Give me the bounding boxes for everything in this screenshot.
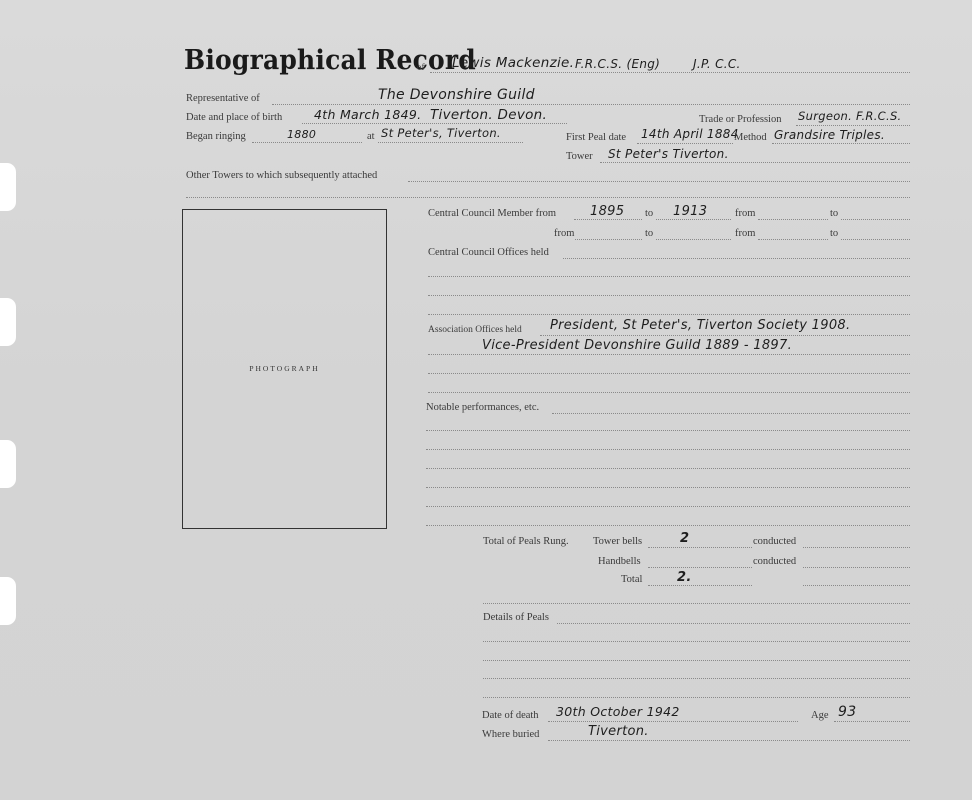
date-of-death-label: Date of death <box>482 711 539 722</box>
biographical-record-page: Biographical Record of Lewis Mackenzie. … <box>0 0 972 800</box>
notable-line-6[interactable] <box>426 506 910 507</box>
tower-label: Tower <box>566 152 593 163</box>
method-value[interactable]: Grandsire Triples. <box>774 129 885 141</box>
photograph-label: PHOTOGRAPH <box>183 364 386 373</box>
total-label: Total <box>621 575 642 586</box>
cc-offices-line-2[interactable] <box>428 276 910 277</box>
conducted-label: conducted <box>753 557 796 568</box>
where-buried-line <box>548 740 910 741</box>
association-office-2[interactable]: Vice-President Devonshire Guild 1889 - 1… <box>482 339 792 352</box>
qualifications-value[interactable]: F.R.C.S. (Eng) <box>575 58 660 70</box>
from-label: from <box>554 229 574 240</box>
notable-line-7[interactable] <box>426 525 910 526</box>
of-label: of <box>417 63 425 72</box>
cc-to-4-line[interactable] <box>841 239 910 240</box>
birth-date-value[interactable]: 4th March 1849. <box>314 109 421 122</box>
age-label: Age <box>811 711 829 722</box>
name-value[interactable]: Lewis Mackenzie. <box>452 57 574 71</box>
began-ringing-year[interactable]: 1880 <box>287 129 316 140</box>
total-line <box>648 585 752 586</box>
details-line-5[interactable] <box>483 697 910 698</box>
from-label: from <box>735 229 755 240</box>
tower-line <box>600 162 910 163</box>
from-label: from <box>735 209 755 220</box>
representative-of-label: Representative of <box>186 94 260 105</box>
association-offices-line-2 <box>428 354 910 355</box>
representative-of-value[interactable]: The Devonshire Guild <box>378 88 535 102</box>
cc-member-label: Central Council Member from <box>428 209 556 220</box>
first-peal-label: First Peal date <box>566 133 626 144</box>
birth-line <box>302 123 567 124</box>
cc-from-4-line[interactable] <box>758 239 828 240</box>
date-of-death-value[interactable]: 30th October 1942 <box>556 706 680 719</box>
name-field-line <box>430 72 910 73</box>
photograph-box: PHOTOGRAPH <box>182 209 387 529</box>
cc-offices-line-4[interactable] <box>428 314 910 315</box>
cc-offices-label: Central Council Offices held <box>428 248 549 259</box>
trade-value[interactable]: Surgeon. F.R.C.S. <box>798 111 902 123</box>
trade-label: Trade or Profession <box>699 115 781 126</box>
at-label: at <box>367 132 375 143</box>
tower-bells-value[interactable]: 2 <box>680 532 689 545</box>
other-towers-line[interactable] <box>408 181 910 182</box>
notable-performances-label: Notable performances, etc. <box>426 403 539 414</box>
birth-label: Date and place of birth <box>186 113 282 124</box>
cc-from-2-line[interactable] <box>758 219 828 220</box>
cc-to-1-line <box>656 219 731 220</box>
date-of-death-line <box>548 721 798 722</box>
details-line[interactable] <box>557 623 910 624</box>
association-offices-line-3[interactable] <box>428 373 910 374</box>
conducted-label: conducted <box>753 537 796 548</box>
details-of-peals-label: Details of Peals <box>483 613 549 624</box>
where-buried-value[interactable]: Tiverton. <box>588 725 649 738</box>
notable-line-4[interactable] <box>426 468 910 469</box>
total-conducted-line[interactable] <box>803 585 910 586</box>
tower-bells-label: Tower bells <box>593 537 642 548</box>
trade-line <box>796 125 910 126</box>
association-offices-label: Association Offices held <box>428 326 522 336</box>
notable-line-3[interactable] <box>426 449 910 450</box>
where-buried-label: Where buried <box>482 730 539 741</box>
first-peal-value[interactable]: 14th April 1884 <box>641 128 739 140</box>
page-title: Biographical Record <box>184 46 476 74</box>
other-towers-label: Other Towers to which subsequently attac… <box>186 171 377 182</box>
began-ringing-at-value[interactable]: St Peter's, Tiverton. <box>381 128 501 140</box>
cc-offices-line-3[interactable] <box>428 295 910 296</box>
total-peals-label: Total of Peals Rung. <box>483 537 569 548</box>
notable-line-5[interactable] <box>426 487 910 488</box>
method-line <box>772 143 910 144</box>
first-peal-line <box>637 143 733 144</box>
tower-bells-conducted-line[interactable] <box>803 547 910 548</box>
honours-value[interactable]: J.P. C.C. <box>693 58 741 70</box>
age-value[interactable]: 93 <box>838 705 856 719</box>
began-ringing-line <box>252 142 362 143</box>
cc-from-1-value[interactable]: 1895 <box>590 205 624 218</box>
age-line <box>834 721 910 722</box>
method-label: Method <box>734 133 767 144</box>
details-line-2[interactable] <box>483 641 910 642</box>
peals-separator-line <box>483 603 910 604</box>
notable-line[interactable] <box>552 413 910 414</box>
association-office-1[interactable]: President, St Peter's, Tiverton Society … <box>550 319 850 332</box>
details-line-3[interactable] <box>483 660 910 661</box>
binder-hole <box>0 163 16 211</box>
association-offices-line-4[interactable] <box>428 392 910 393</box>
cc-to-3-line[interactable] <box>656 239 731 240</box>
handbells-line[interactable] <box>648 567 752 568</box>
binder-hole <box>0 298 16 346</box>
began-ringing-label: Began ringing <box>186 132 246 143</box>
handbells-label: Handbells <box>598 557 641 568</box>
began-ringing-at-line <box>378 142 523 143</box>
cc-to-1-value[interactable]: 1913 <box>673 205 707 218</box>
to-label: to <box>830 229 838 240</box>
representative-of-line <box>272 104 910 105</box>
details-line-4[interactable] <box>483 678 910 679</box>
tower-value[interactable]: St Peter's Tiverton. <box>608 148 729 160</box>
binder-hole <box>0 577 16 625</box>
to-label: to <box>830 209 838 220</box>
cc-from-1-line <box>574 219 642 220</box>
cc-to-2-line[interactable] <box>841 219 910 220</box>
to-label: to <box>645 229 653 240</box>
cc-from-3-line[interactable] <box>575 239 642 240</box>
binder-hole <box>0 440 16 488</box>
notable-line-2[interactable] <box>426 430 910 431</box>
cc-offices-line[interactable] <box>563 258 910 259</box>
handbells-conducted-line[interactable] <box>803 567 910 568</box>
to-label: to <box>645 209 653 220</box>
total-value[interactable]: 2. <box>677 571 692 584</box>
tower-bells-line <box>648 547 752 548</box>
association-offices-line <box>540 335 910 336</box>
other-towers-line-2[interactable] <box>186 197 910 198</box>
birth-place-value[interactable]: Tiverton. Devon. <box>430 109 547 123</box>
